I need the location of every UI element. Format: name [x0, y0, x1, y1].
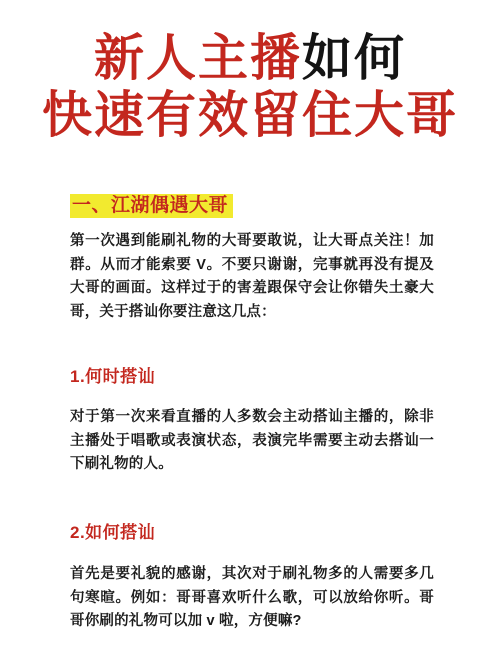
title-line1-black-text: 如何 — [302, 30, 406, 86]
page-title: 新人主播如何 快速有效留住大哥 — [0, 30, 500, 144]
paragraph-intro: 第一次遇到能刷礼物的大哥要敢说，让大哥点关注！加群。从而才能索要 V。不要只谢谢… — [70, 230, 434, 324]
sub-heading-how-to-chat: 2.如何搭讪 — [70, 523, 155, 543]
sub-heading-when-to-chat: 1.何时搭讪 — [70, 367, 155, 387]
section-heading-highlighted: 一、江湖偶遇大哥 — [70, 194, 233, 218]
paragraph-when-to-chat: 对于第一次来看直播的人多数会主动搭讪主播的，除非主播处于唱歌或表演状态，表演完毕… — [70, 406, 434, 477]
page-title-line2: 快速有效留住大哥 — [0, 87, 500, 144]
title-line1-red-text: 新人主播 — [94, 30, 302, 86]
note-page: 新人主播如何 快速有效留住大哥 一、江湖偶遇大哥 第一次遇到能刷礼物的大哥要敢说… — [0, 0, 500, 666]
paragraph-how-to-chat: 首先是要礼貌的感谢，其次对于刷礼物多的人需要多几句寒暄。例如：哥哥喜欢听什么歌，… — [70, 563, 434, 634]
page-title-line1: 新人主播如何 — [0, 30, 500, 87]
